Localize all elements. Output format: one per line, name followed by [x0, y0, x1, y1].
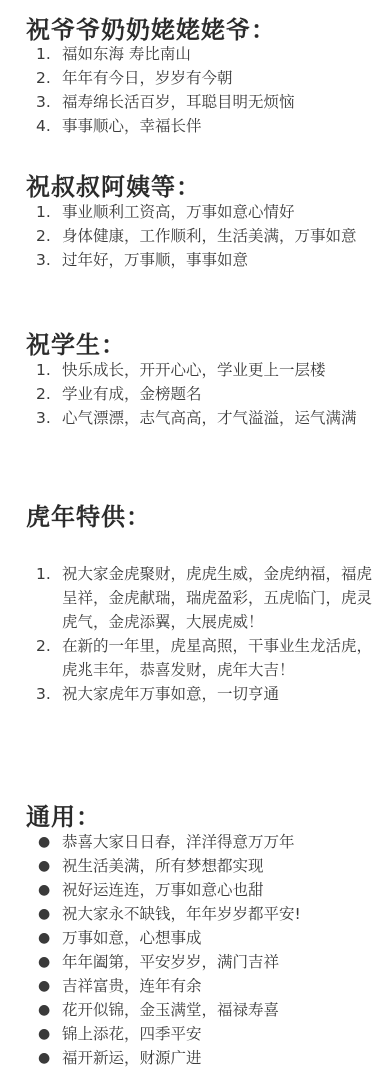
list-item: ●吉祥富贵，连年有余: [36, 974, 376, 998]
list-number: 3.: [36, 90, 58, 114]
bullet-icon: ●: [38, 974, 60, 998]
list-item-text: 福开新运，财源广进: [62, 1049, 202, 1067]
list-item: 3.祝大家虎年万事如意，一切亨通: [36, 682, 376, 706]
list-item-text: 心气漂漂，志气高高，才气溢溢，运气满满: [62, 409, 357, 427]
section-heading-grandparents: 祝爷爷奶奶姥姥姥爷：: [26, 10, 276, 45]
section-heading-uncles-aunts: 祝叔叔阿姨等：: [26, 167, 201, 202]
section-heading-tiger-year: 虎年特供：: [26, 497, 151, 532]
list-item: 1.快乐成长，开开心心，学业更上一层楼: [36, 358, 376, 382]
bullet-icon: ●: [38, 902, 60, 926]
bullet-icon: ●: [38, 878, 60, 902]
list-item: ●祝好运连连，万事如意心也甜: [36, 878, 376, 902]
list-number: 2.: [36, 382, 58, 406]
list-item-text: 恭喜大家日日春，洋洋得意万万年: [62, 833, 295, 851]
list-item-text: 祝生活美满，所有梦想都实现: [62, 857, 264, 875]
tiger-year-wish-list: 1.祝大家金虎聚财，虎虎生威，金虎纳福，福虎呈祥，金虎献瑞，瑞虎盈彩，五虎临门，…: [36, 562, 376, 706]
grandparents-wish-list: 1.福如东海 寿比南山 2.年年有今日，岁岁有今朝 3.福寿绵长活百岁，耳聪目明…: [36, 42, 376, 138]
list-item: 1.福如东海 寿比南山: [36, 42, 376, 66]
bullet-icon: ●: [38, 998, 60, 1022]
list-item: 4.事事顺心，幸福长伴: [36, 114, 376, 138]
general-wish-list: ●恭喜大家日日春，洋洋得意万万年 ●祝生活美满，所有梦想都实现 ●祝好运连连，万…: [36, 830, 376, 1070]
list-item: 1.祝大家金虎聚财，虎虎生威，金虎纳福，福虎呈祥，金虎献瑞，瑞虎盈彩，五虎临门，…: [36, 562, 376, 634]
list-item: ●年年阖第，平安岁岁，满门吉祥: [36, 950, 376, 974]
students-wish-list: 1.快乐成长，开开心心，学业更上一层楼 2.学业有成，金榜题名 3.心气漂漂，志…: [36, 358, 376, 430]
list-item: 2.年年有今日，岁岁有今朝: [36, 66, 376, 90]
list-item: 3.心气漂漂，志气高高，才气溢溢，运气满满: [36, 406, 376, 430]
list-item-text: 年年有今日，岁岁有今朝: [62, 69, 233, 87]
section-heading-students: 祝学生：: [26, 325, 126, 360]
list-item: 3.过年好，万事顺，事事如意: [36, 248, 376, 272]
list-item: ●恭喜大家日日春，洋洋得意万万年: [36, 830, 376, 854]
list-item: ●祝大家永不缺钱，年年岁岁都平安!: [36, 902, 376, 926]
list-item: ●祝生活美满，所有梦想都实现: [36, 854, 376, 878]
list-item: 3.福寿绵长活百岁，耳聪目明无烦恼: [36, 90, 376, 114]
list-item-text: 万事如意，心想事成: [62, 929, 202, 947]
list-item-text: 在新的一年里，虎星高照，干事业生龙活虎，虎兆丰年，恭喜发财，虎年大吉！: [62, 637, 372, 679]
list-item: ●万事如意，心想事成: [36, 926, 376, 950]
list-item-text: 年年阖第，平安岁岁，满门吉祥: [62, 953, 279, 971]
bullet-icon: ●: [38, 830, 60, 854]
bullet-icon: ●: [38, 1022, 60, 1046]
list-number: 1.: [36, 200, 58, 224]
bullet-icon: ●: [38, 1046, 60, 1070]
list-item: ●福开新运，财源广进: [36, 1046, 376, 1070]
list-number: 1.: [36, 42, 58, 66]
list-number: 3.: [36, 248, 58, 272]
list-item: 2.学业有成，金榜题名: [36, 382, 376, 406]
list-item: 2.身体健康，工作顺利，生活美满，万事如意: [36, 224, 376, 248]
list-item-text: 锦上添花，四季平安: [62, 1025, 202, 1043]
list-item-text: 学业有成，金榜题名: [62, 385, 202, 403]
list-item-text: 事业顺利工资高，万事如意心情好: [62, 203, 295, 221]
list-item-text: 福如东海 寿比南山: [62, 45, 191, 63]
list-number: 2.: [36, 224, 58, 248]
list-item: ●锦上添花，四季平安: [36, 1022, 376, 1046]
list-item-text: 身体健康，工作顺利，生活美满，万事如意: [62, 227, 357, 245]
list-number: 2.: [36, 66, 58, 90]
list-item-text: 快乐成长，开开心心，学业更上一层楼: [62, 361, 326, 379]
section-heading-general: 通用：: [26, 797, 101, 832]
list-item: 2.在新的一年里，虎星高照，干事业生龙活虎，虎兆丰年，恭喜发财，虎年大吉！: [36, 634, 376, 682]
list-item-text: 祝大家虎年万事如意，一切亨通: [62, 685, 279, 703]
list-number: 1.: [36, 358, 58, 382]
list-item-text: 事事顺心，幸福长伴: [62, 117, 202, 135]
list-item: ●花开似锦，金玉满堂，福禄寿喜: [36, 998, 376, 1022]
uncles-aunts-wish-list: 1.事业顺利工资高，万事如意心情好 2.身体健康，工作顺利，生活美满，万事如意 …: [36, 200, 376, 272]
list-item-text: 祝大家金虎聚财，虎虎生威，金虎纳福，福虎呈祥，金虎献瑞，瑞虎盈彩，五虎临门，虎灵…: [62, 565, 372, 631]
list-item-text: 吉祥富贵，连年有余: [62, 977, 202, 995]
list-item: 1.事业顺利工资高，万事如意心情好: [36, 200, 376, 224]
list-item-text: 花开似锦，金玉满堂，福禄寿喜: [62, 1001, 279, 1019]
bullet-icon: ●: [38, 950, 60, 974]
bullet-icon: ●: [38, 854, 60, 878]
list-item-text: 祝大家永不缺钱，年年岁岁都平安!: [62, 905, 301, 923]
list-number: 1.: [36, 562, 58, 586]
list-number: 3.: [36, 406, 58, 430]
bullet-icon: ●: [38, 926, 60, 950]
list-number: 2.: [36, 634, 58, 658]
list-item-text: 祝好运连连，万事如意心也甜: [62, 881, 264, 899]
list-item-text: 过年好，万事顺，事事如意: [62, 251, 248, 269]
list-item-text: 福寿绵长活百岁，耳聪目明无烦恼: [62, 93, 295, 111]
list-number: 3.: [36, 682, 58, 706]
list-number: 4.: [36, 114, 58, 138]
